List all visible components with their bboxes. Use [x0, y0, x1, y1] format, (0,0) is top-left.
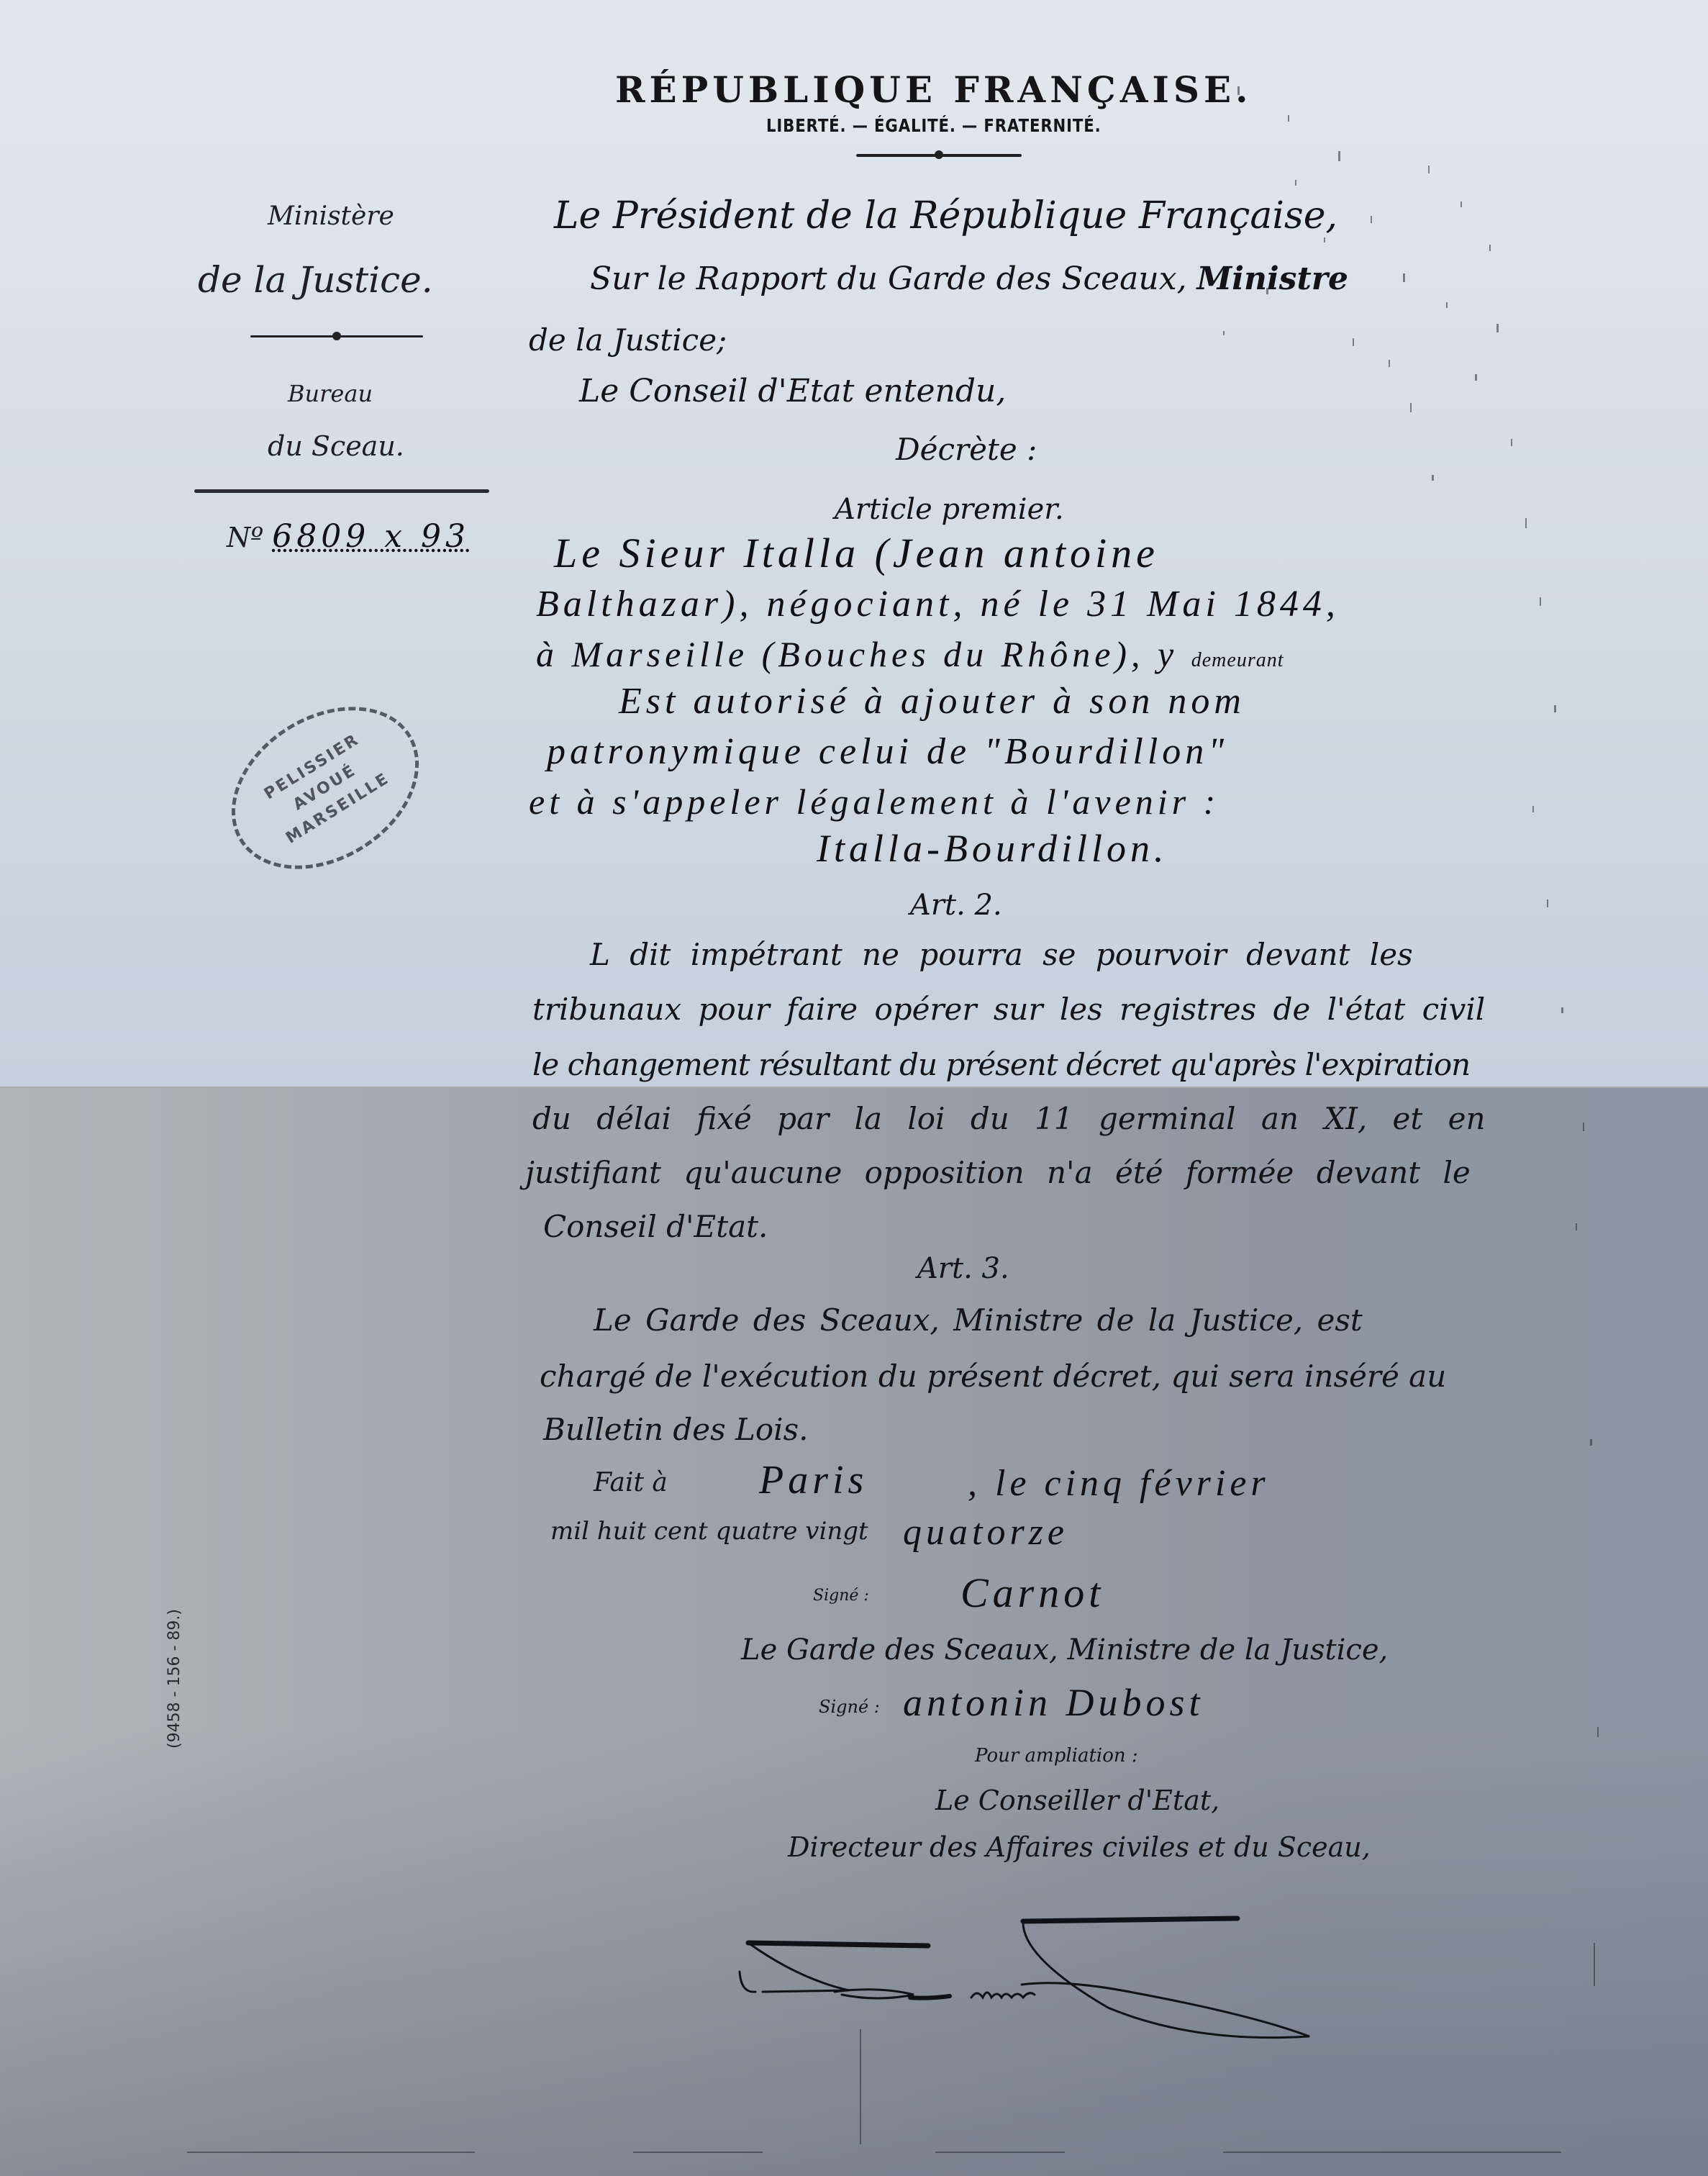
- rapport-ministre: Ministre: [1197, 260, 1348, 297]
- bureau-divider: [194, 489, 489, 493]
- fait-date: , le cinq février: [968, 1462, 1270, 1505]
- article-2-line-4: du délai fixé par la loi du 11 germinal …: [532, 1101, 1486, 1136]
- article-2-line-5: justifiant qu'aucune opposition n'a été …: [525, 1155, 1471, 1190]
- bureau-line-1: Bureau: [288, 380, 373, 407]
- ministry-ornament: [250, 335, 423, 337]
- article-3-line-1: Le Garde des Sceaux, Ministre de la Just…: [594, 1302, 1363, 1338]
- bureau-line-2: du Sceau.: [268, 430, 404, 462]
- rapport-line-1: Sur le Rapport du Garde des Sceaux, Mini…: [590, 260, 1348, 297]
- article-1-line-4: Est autorisé à ajouter à son nom: [619, 680, 1245, 722]
- article-1-line-3-text: à Marseille (Bouches du Rhône), y: [536, 634, 1191, 674]
- article-2-line-6: Conseil d'Etat.: [543, 1209, 768, 1244]
- minister-signature: antonin Dubost: [903, 1680, 1204, 1725]
- article-1-line-1: Le Sieur Italla (Jean antoine: [554, 529, 1159, 577]
- president-signature: Carnot: [960, 1569, 1104, 1617]
- article-1-line-5: patronymique celui de "Bourdillon": [547, 730, 1228, 773]
- article-1-line-6: et à s'appeler légalement à l'avenir :: [529, 781, 1219, 822]
- director-signature-icon: [734, 1900, 1324, 2044]
- reference-number: Nº 6809 x 93: [227, 518, 470, 555]
- fait-year-printed: mil huit cent quatre vingt: [550, 1517, 868, 1546]
- garde-title: Le Garde des Sceaux, Ministre de la Just…: [741, 1633, 1388, 1667]
- article-1-title: Article premier.: [835, 493, 1064, 526]
- article-3-title: Art. 3.: [917, 1252, 1009, 1285]
- header-motto: LIBERTÉ. — ÉGALITÉ. — FRATERNITÉ.: [766, 115, 1101, 136]
- article-1-line-3: à Marseille (Bouches du Rhône), y demeur…: [536, 633, 1284, 675]
- ministry-line-1: Ministère: [268, 201, 394, 231]
- fait-year-handwritten: quatorze: [903, 1511, 1068, 1554]
- conseil-line: Le Conseil d'Etat entendu,: [579, 373, 1006, 409]
- rapport-line-2: de la Justice;: [529, 322, 727, 358]
- conseiller-title: Le Conseiller d'Etat,: [935, 1785, 1219, 1816]
- article-2-line-2: tribunaux pour faire opérer sur les regi…: [532, 992, 1485, 1027]
- decrete-heading: Décrète :: [896, 432, 1037, 467]
- article-2-line-1: L dit impétrant ne pourra se pourvoir de…: [590, 937, 1413, 972]
- reference-prefix: Nº: [227, 522, 263, 553]
- article-1-line-2: Balthazar), négociant, né le 31 Mai 1844…: [536, 583, 1340, 625]
- article-2-line-3: le changement résultant du présent décre…: [532, 1047, 1470, 1082]
- ministry-line-2: de la Justice.: [198, 259, 433, 301]
- signe-label-2: Signé :: [819, 1697, 880, 1717]
- fait-city: Paris: [759, 1457, 868, 1503]
- pour-ampliation: Pour ampliation :: [975, 1745, 1138, 1767]
- directeur-title: Directeur des Affaires civiles et du Sce…: [788, 1831, 1371, 1863]
- article-1-line-7: Italla-Bourdillon.: [817, 826, 1168, 871]
- article-3-line-3: Bulletin des Lois.: [543, 1412, 809, 1447]
- article-3-line-2: chargé de l'exécution du présent décret,…: [540, 1359, 1446, 1394]
- fait-label: Fait à: [594, 1468, 668, 1497]
- header-title: RÉPUBLIQUE FRANÇAISE.: [615, 68, 1253, 111]
- rapport-text: Sur le Rapport du Garde des Sceaux,: [590, 260, 1197, 297]
- president-line: Le Président de la République Française,: [554, 194, 1337, 237]
- article-2-title: Art. 2.: [910, 889, 1002, 922]
- article-1-inserted-word: demeurant: [1191, 649, 1284, 671]
- signe-label-1: Signé :: [813, 1587, 869, 1605]
- reference-value: 6809 x 93: [272, 518, 470, 555]
- print-code: (9458 - 156 - 89.): [165, 1609, 183, 1749]
- header-ornament: [856, 154, 1022, 157]
